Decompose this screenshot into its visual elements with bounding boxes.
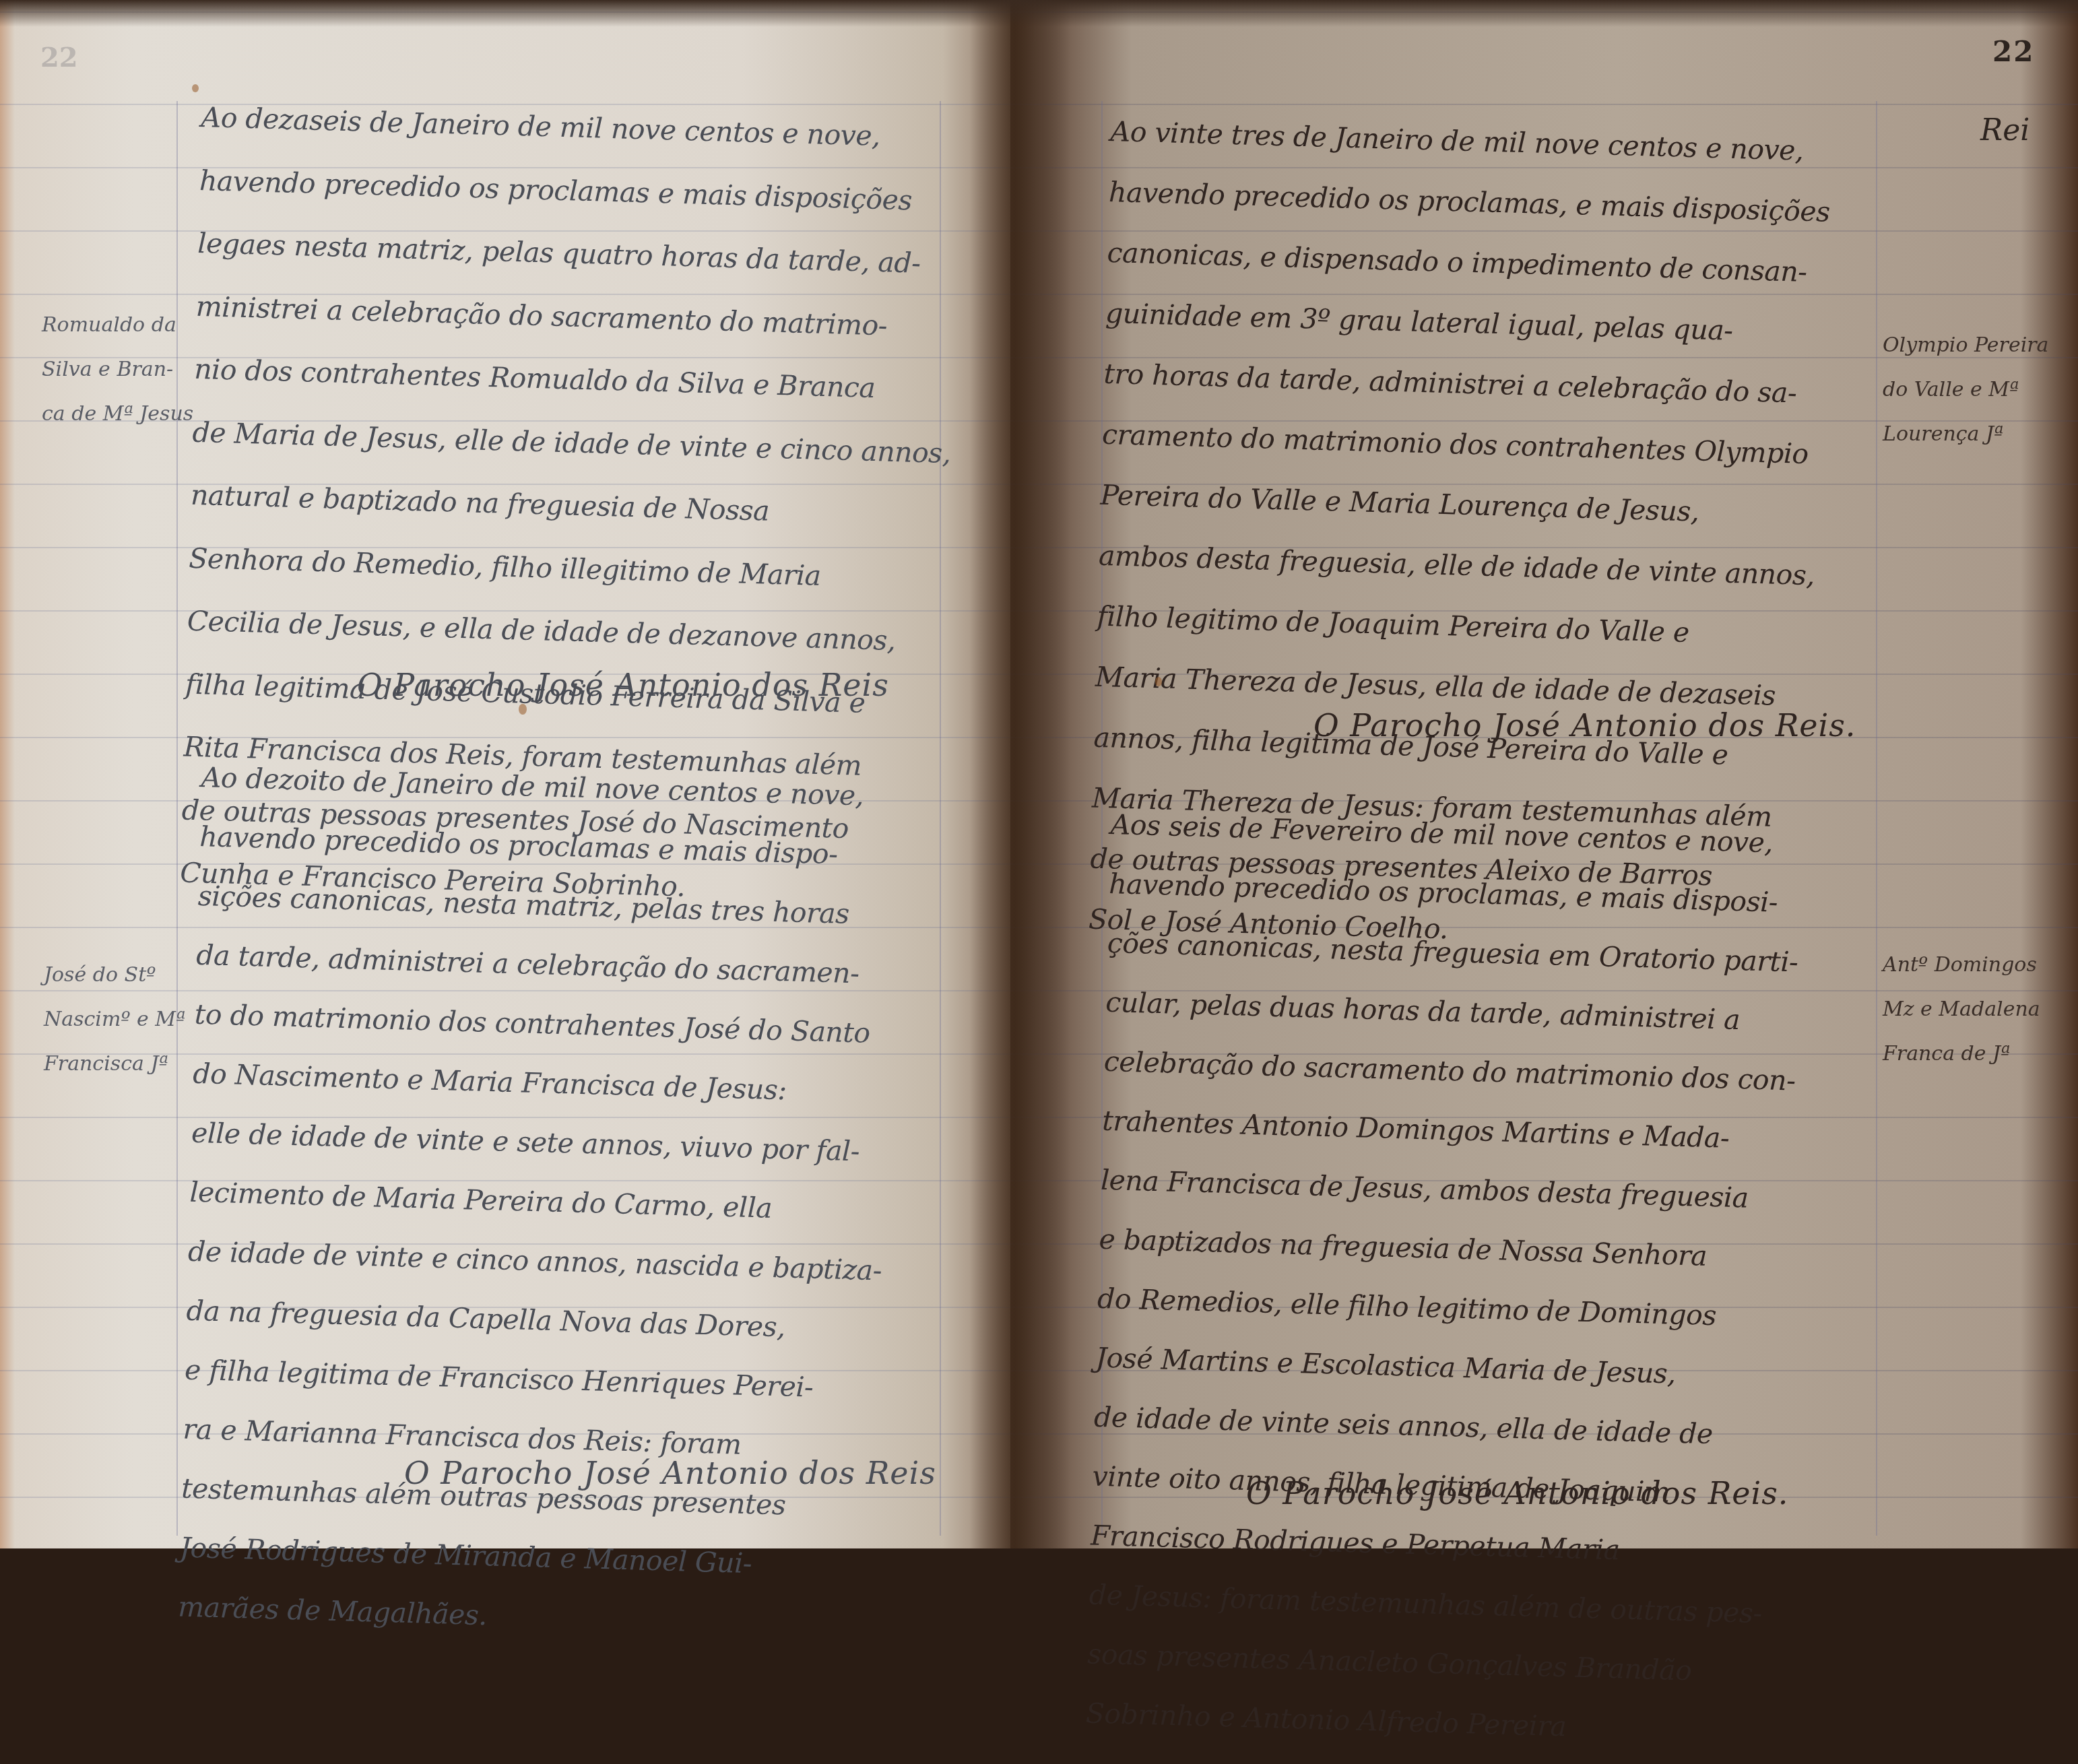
margin-note-entry-2: José do Stº Nascimº e Mª Francisca Jª [44, 953, 185, 1086]
open-register-book: 22 Romualdo da Silva e Bran- ca de Mª Je… [0, 0, 2078, 1548]
margin-note-entry-3: Olympio Pereira do Valle e Mª Lourença J… [1883, 323, 2049, 457]
right-page-margin-rule [1876, 101, 1877, 1536]
ink-stain [1155, 677, 1162, 686]
parish-priest-signature-4: O Parocho José Antonio dos Reis. [1246, 1475, 1788, 1511]
parish-priest-signature-1: O Parocho José Antonio dos Reis [357, 667, 889, 703]
parish-priest-signature-3: O Parocho José Antonio dos Reis. [1313, 707, 1856, 744]
margin-note-entry-4: Antº Domingos Mz e Madalena Franca de Jª [1883, 943, 2040, 1076]
register-entry-4: Aos seis de Fevereiro de mil nove centos… [1085, 795, 1873, 1548]
left-page: 22 Romualdo da Silva e Bran- ca de Mª Je… [0, 0, 1010, 1548]
register-entry-2: Ao dezoito de Janeiro de mil nove centos… [177, 748, 963, 1548]
page-number: 22 [1992, 35, 2034, 68]
margin-note-entry-1: Romualdo da Silva e Bran- ca de Mª Jesus [42, 303, 193, 436]
parish-priest-signature-2: O Parocho José Antonio dos Reis [404, 1455, 936, 1491]
ink-stain [192, 84, 199, 92]
left-page-number-faded: 22 [40, 42, 78, 73]
page-top-edge [0, 0, 2078, 27]
right-page: Ao vinte tres de Janeiro de mil nove cen… [1010, 0, 2078, 1548]
right-header-mark: Rei [1980, 113, 2030, 148]
book-gutter-shadow [970, 0, 1071, 1548]
